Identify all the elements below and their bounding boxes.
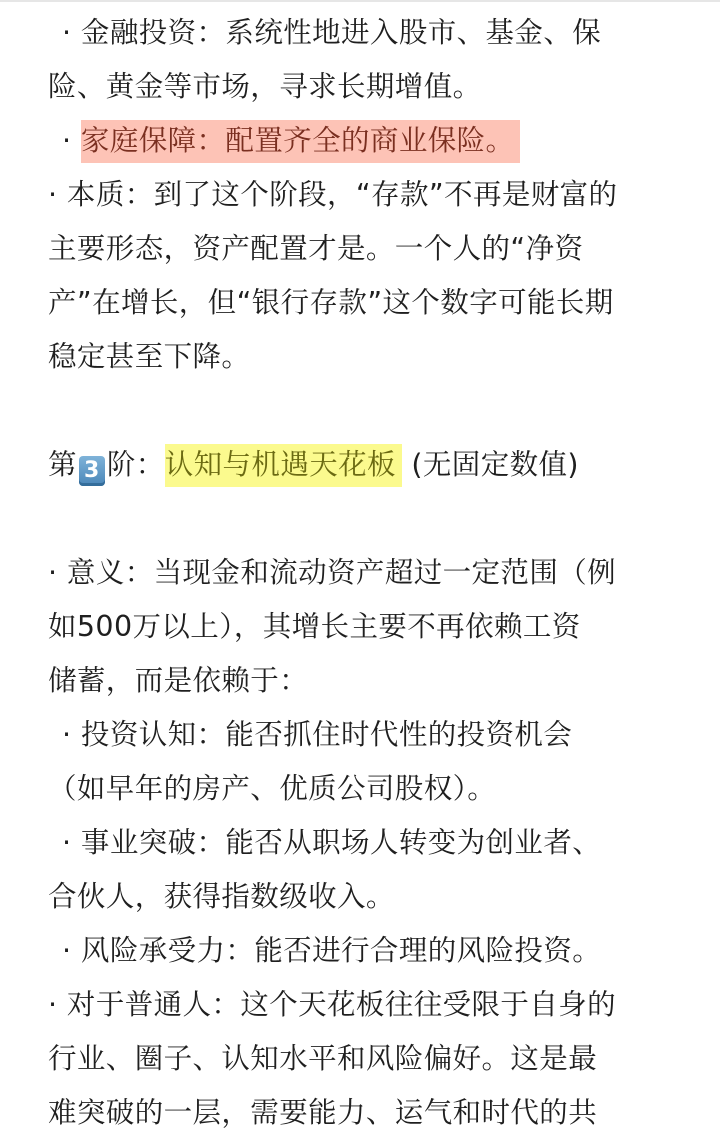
text-line: 合伙人，获得指数级收入。: [48, 870, 678, 924]
text-line: 稳定甚至下降。: [48, 330, 678, 384]
text-line: （如早年的房产、优质公司股权）。: [48, 762, 678, 816]
text-line: 如500万以上），其增长主要不再依赖工资: [48, 600, 678, 654]
text-line: · 对于普通人：这个天花板往往受限于自身的: [48, 978, 678, 1032]
text-line: · 风险承受力：能否进行合理的风险投资。: [48, 924, 678, 978]
top-divider: [0, 0, 720, 2]
spacer: [48, 492, 678, 546]
text-line: · 投资认知：能否抓住时代性的投资机会: [48, 708, 678, 762]
spacer: [48, 384, 678, 438]
text-line: · 意义：当现金和流动资产超过一定范围（例: [48, 546, 678, 600]
bullet: ·: [62, 124, 81, 157]
text-line: · 本质：到了这个阶段，“存款”不再是财富的: [48, 168, 678, 222]
text-line: 难突破的一层，需要能力、运气和时代的共: [48, 1086, 678, 1137]
yellow-highlight-text: 认知与机遇天花板: [165, 444, 402, 487]
keycap-number-icon: 3: [79, 456, 105, 486]
text-line: · 事业突破：能否从职场人转变为创业者、: [48, 816, 678, 870]
highlighted-line: · 家庭保障：配置齐全的商业保险。: [48, 114, 678, 168]
section-heading: 第3阶：认知与机遇天花板 (无固定数值): [48, 438, 678, 492]
heading-suffix: (无固定数值): [402, 448, 579, 481]
text-line: 险、黄金等市场，寻求长期增值。: [48, 60, 678, 114]
text-line: 行业、圈子、认知水平和风险偏好。这是最: [48, 1032, 678, 1086]
text-line: 主要形态，资产配置才是。一个人的“净资: [48, 222, 678, 276]
heading-prefix: 第: [48, 448, 77, 481]
red-highlight-text: 家庭保障：配置齐全的商业保险。: [81, 120, 521, 163]
document-body: · 金融投资：系统性地进入股市、基金、保 险、黄金等市场，寻求长期增值。 · 家…: [48, 6, 678, 1137]
heading-middle: 阶：: [107, 448, 165, 481]
text-line: 产”在增长，但“银行存款”这个数字可能长期: [48, 276, 678, 330]
text-line: · 金融投资：系统性地进入股市、基金、保: [48, 6, 678, 60]
text-line: 储蓄，而是依赖于：: [48, 654, 678, 708]
